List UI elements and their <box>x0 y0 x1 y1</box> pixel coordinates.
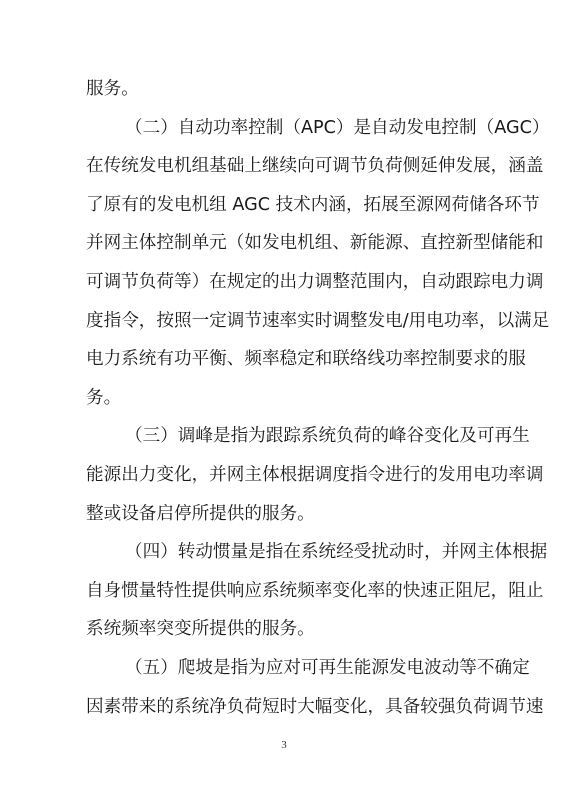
text-line: 服务。 <box>86 70 482 109</box>
paragraph-continuation: 服务。 <box>86 70 482 109</box>
text-line: （二）自动功率控制（APC）是自动发电控制（AGC） <box>86 109 482 148</box>
text-line: （五）爬坡是指为应对可再生能源发电波动等不确定 <box>86 649 482 688</box>
text-line: 系统频率突变所提供的服务。 <box>86 610 482 649</box>
text-line: 并网主体控制单元（如发电机组、新能源、直控新型储能和 <box>86 224 482 263</box>
text-line: 自身惯量特性提供响应系统频率变化率的快速正阻尼，阻止 <box>86 572 482 611</box>
text-line: 度指令，按照一定调节速率实时调整发电/用电功率，以满足 <box>86 302 482 341</box>
text-line: 务。 <box>86 379 482 418</box>
text-line: 因素带来的系统净负荷短时大幅变化，具备较强负荷调节速 <box>86 688 482 727</box>
text-line: （四）转动惯量是指在系统经受扰动时，并网主体根据 <box>86 533 482 572</box>
paragraph-peak-regulation: （三）调峰是指为跟踪系统负荷的峰谷变化及可再生 能源出力变化，并网主体根据调度指… <box>86 417 482 533</box>
paragraph-inertia: （四）转动惯量是指在系统经受扰动时，并网主体根据 自身惯量特性提供响应系统频率变… <box>86 533 482 649</box>
text-line: 可调节负荷等）在规定的出力调整范围内，自动跟踪电力调 <box>86 263 482 302</box>
text-line: （三）调峰是指为跟踪系统负荷的峰谷变化及可再生 <box>86 417 482 456</box>
body-text: 服务。 （二）自动功率控制（APC）是自动发电控制（AGC） 在传统发电机组基础… <box>86 70 482 726</box>
text-line: 了原有的发电机组 AGC 技术内涵，拓展至源网荷储各环节 <box>86 186 482 225</box>
paragraph-ramping: （五）爬坡是指为应对可再生能源发电波动等不确定 因素带来的系统净负荷短时大幅变化… <box>86 649 482 726</box>
document-page: 服务。 （二）自动功率控制（APC）是自动发电控制（AGC） 在传统发电机组基础… <box>0 0 566 800</box>
text-line: 在传统发电机组基础上继续向可调节负荷侧延伸发展，涵盖 <box>86 147 482 186</box>
paragraph-apc: （二）自动功率控制（APC）是自动发电控制（AGC） 在传统发电机组基础上继续向… <box>86 109 482 418</box>
page-number: 3 <box>279 739 289 751</box>
text-line: 能源出力变化，并网主体根据调度指令进行的发用电功率调 <box>86 456 482 495</box>
text-line: 电力系统有功平衡、频率稳定和联络线功率控制要求的服 <box>86 340 482 379</box>
text-line: 整或设备启停所提供的服务。 <box>86 495 482 534</box>
